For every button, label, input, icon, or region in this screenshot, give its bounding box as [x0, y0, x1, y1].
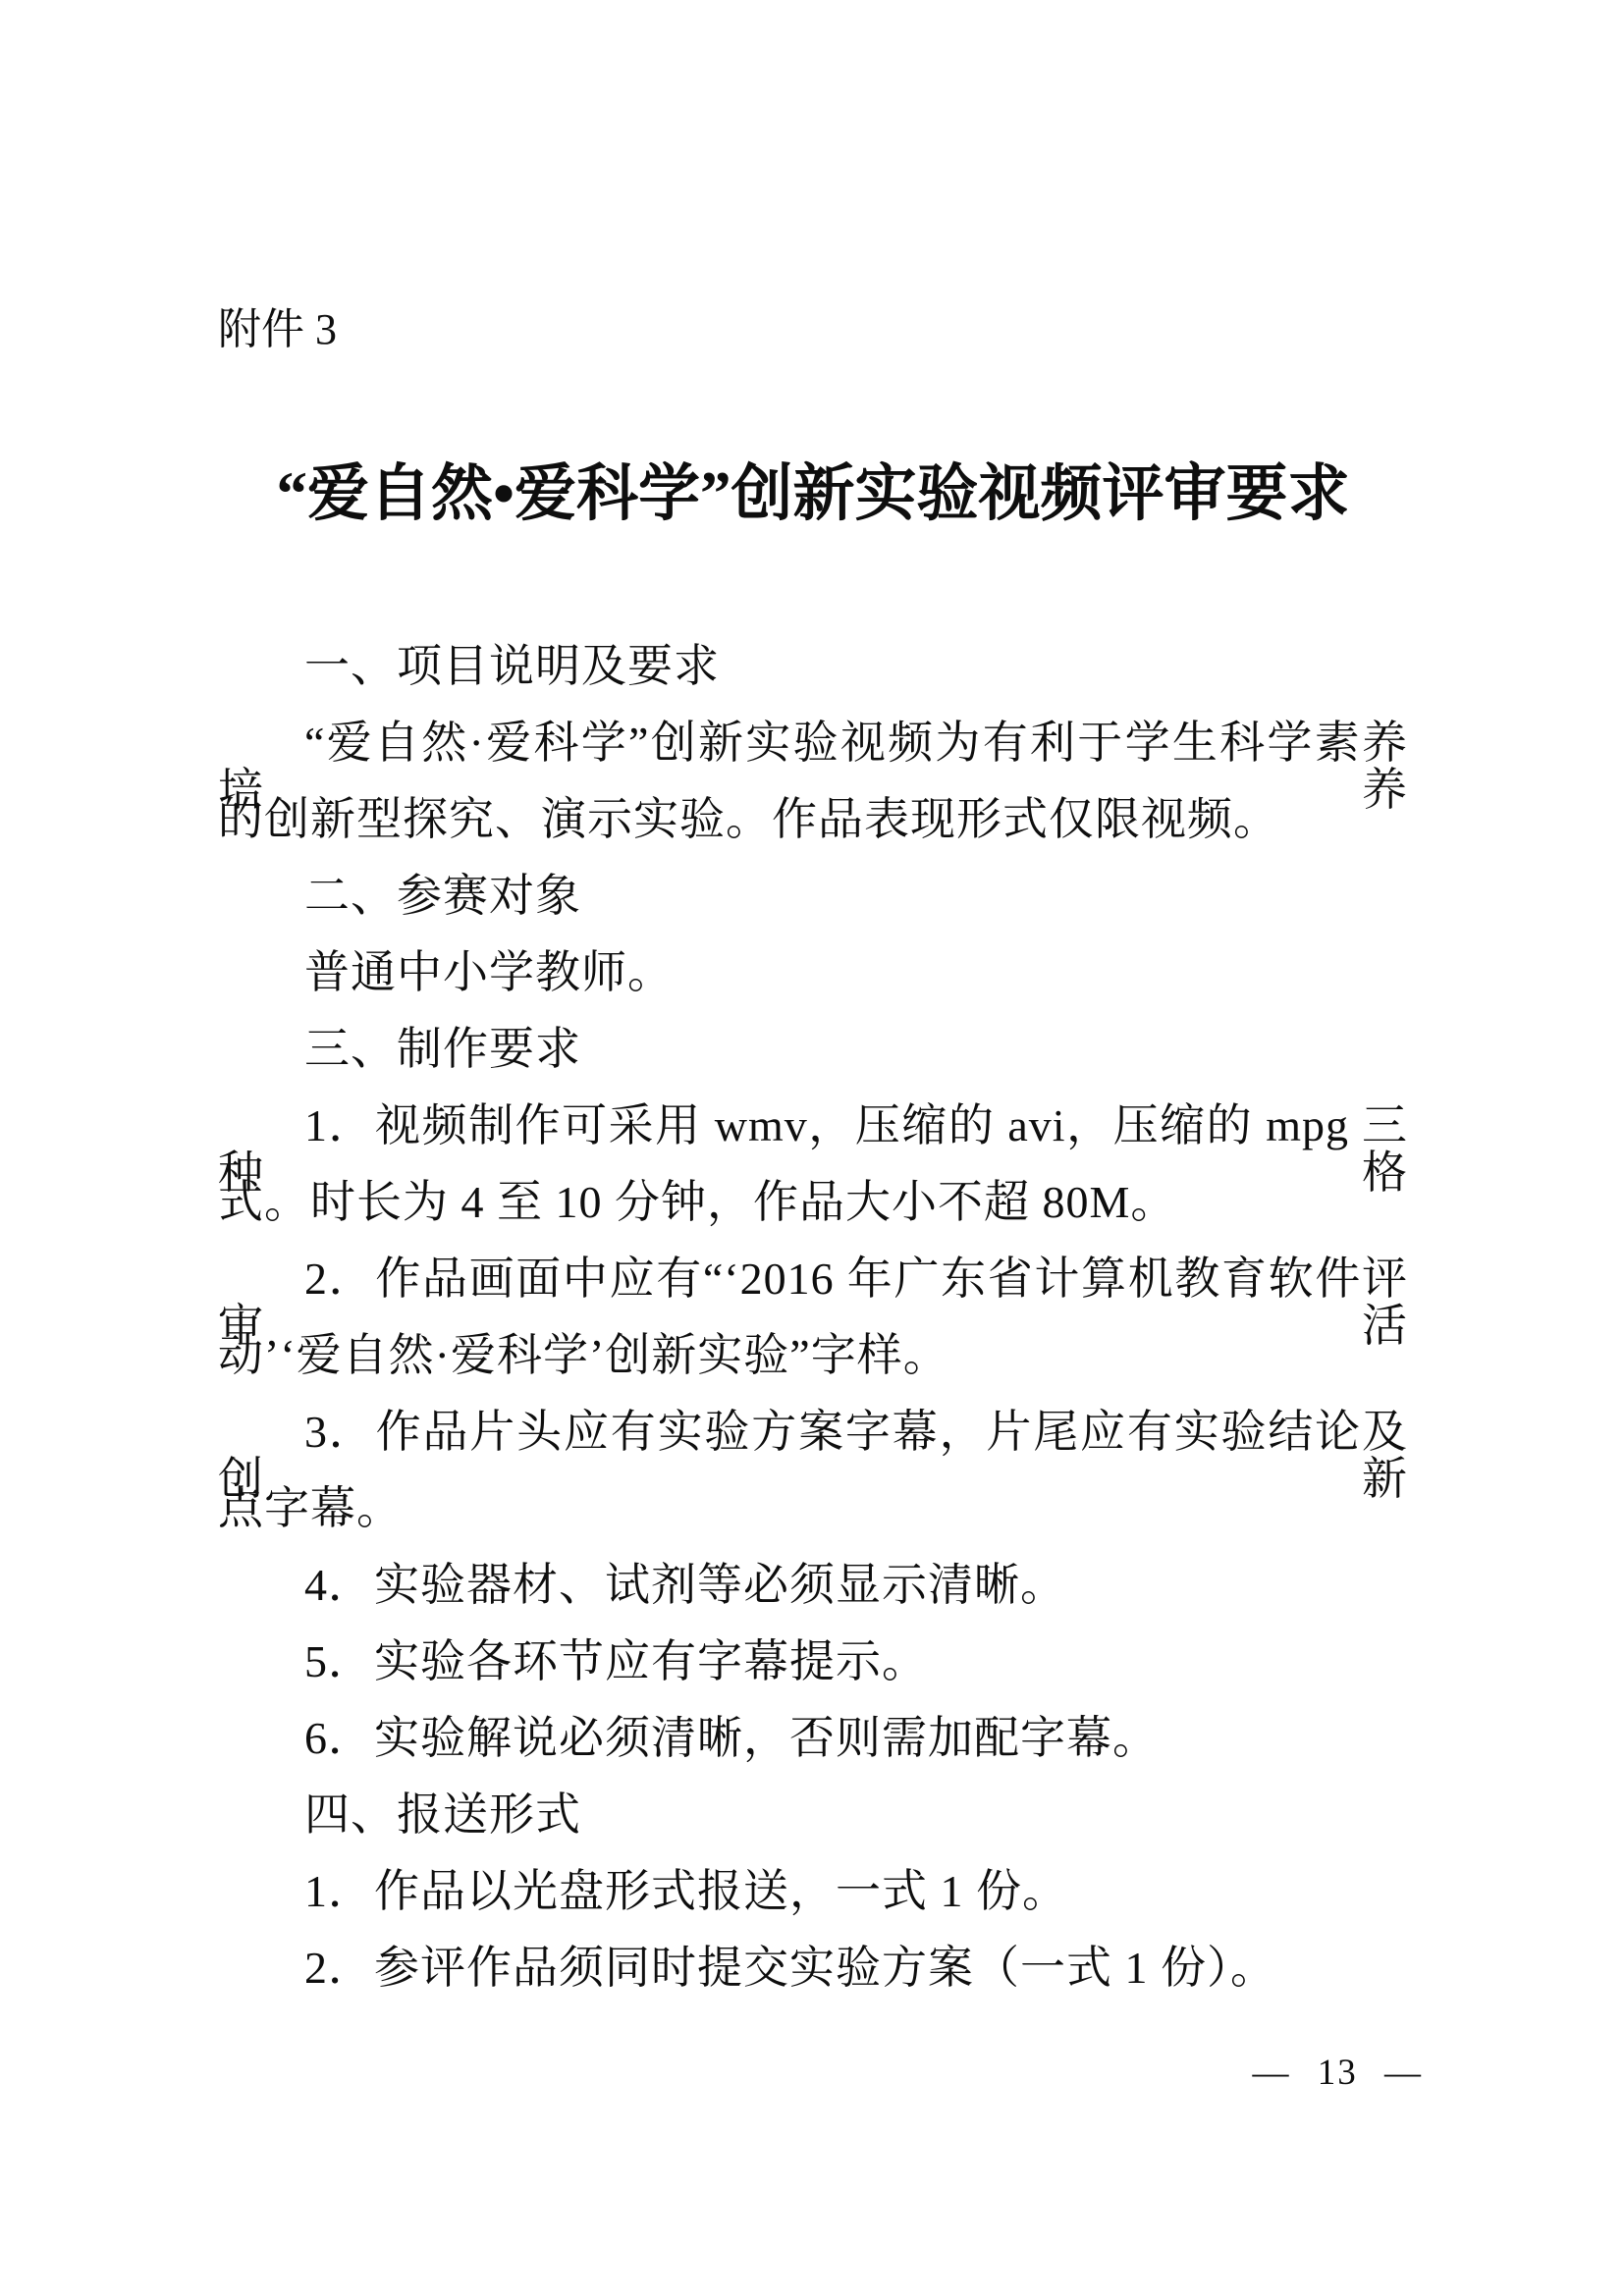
item-3-6: 6．实验解说必须清晰，否则需加配字幕。: [304, 1715, 1159, 1762]
item-3-4: 4．实验器材、试剂等必须显示清晰。: [304, 1562, 1066, 1609]
heading-section-3: 三、制作要求: [304, 1026, 581, 1073]
item-3-3-line-2: 点字幕。: [218, 1485, 403, 1532]
page-number: — 13 —: [1253, 2054, 1424, 2093]
item-4-2: 2．参评作品须同时提交实验方案（一式 1 份）。: [304, 1945, 1276, 1992]
item-4-1: 1．作品以光盘形式报送，一式 1 份。: [304, 1868, 1068, 1915]
heading-section-4: 四、报送形式: [304, 1791, 581, 1839]
document-title: “爱自然•爱科学”创新实验视频评审要求: [218, 457, 1408, 530]
heading-section-2: 二、参赛对象: [304, 873, 581, 920]
item-3-2-line-2: 动’‘爱自然·爱科学’创新实验”字样。: [218, 1332, 949, 1379]
para-1-line-2: 的创新型探究、演示实验。作品表现形式仅限视频。: [218, 796, 1279, 843]
item-3-1-line-2: 式。时长为 4 至 10 分钟，作品大小不超 80M。: [218, 1179, 1176, 1226]
heading-section-1: 一、项目说明及要求: [304, 643, 720, 690]
attachment-label: 附件 3: [218, 306, 337, 353]
item-3-5: 5．实验各环节应有字幕提示。: [304, 1638, 928, 1685]
para-2-line-1: 普通中小学教师。: [304, 949, 674, 996]
document-page: 附件 3 “爱自然•爱科学”创新实验视频评审要求 一、项目说明及要求 “爱自然·…: [0, 0, 1624, 2296]
